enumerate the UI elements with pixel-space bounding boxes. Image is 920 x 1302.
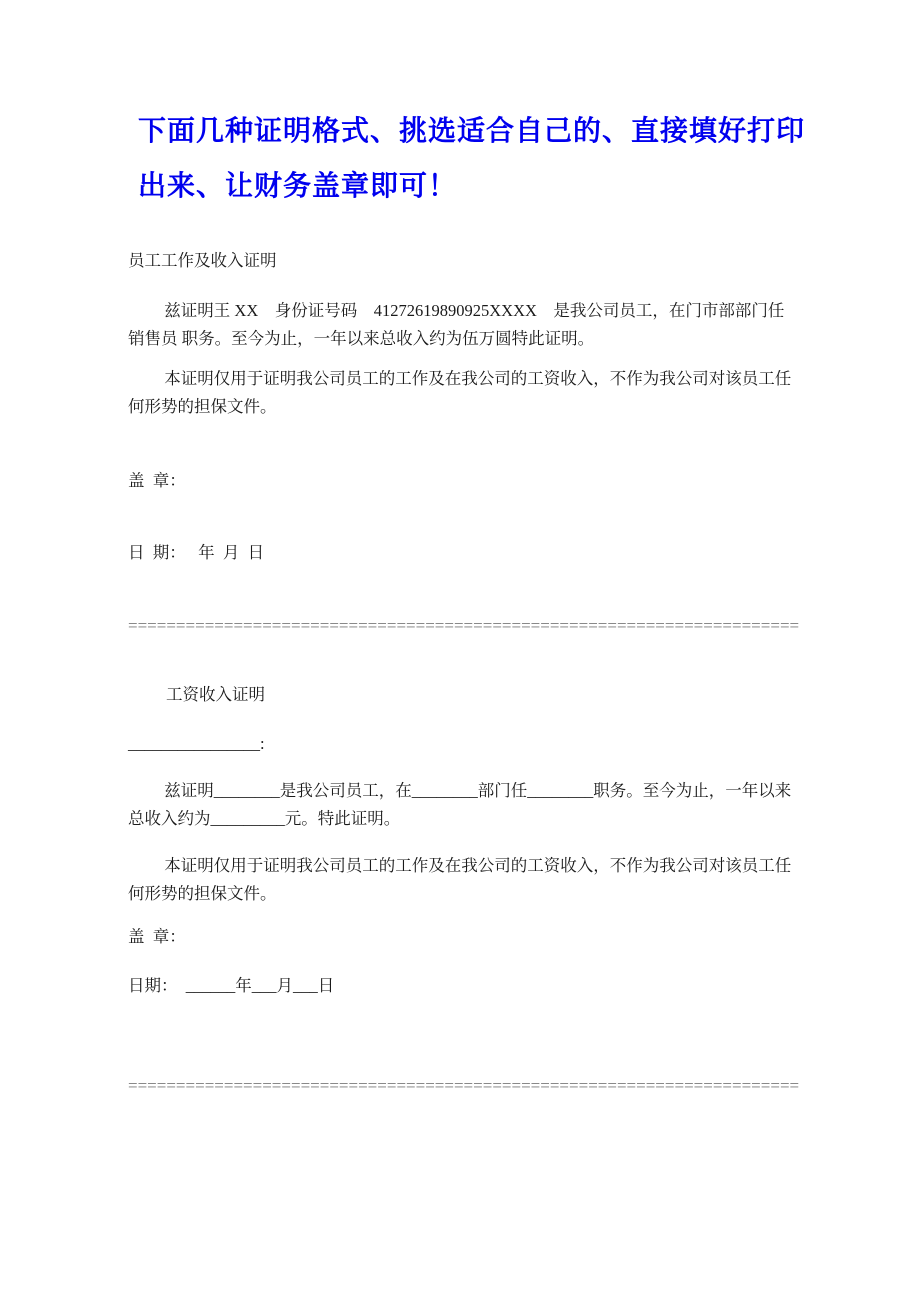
document-page: 下面几种证明格式、挑选适合自己的、直接填好打印出来、让财务盖章即可！ 员工工作及…: [0, 0, 920, 1302]
certificate1-title: 员工工作及收入证明: [128, 247, 796, 275]
certificate2-date-label: 日期： ______年___月___日: [128, 972, 796, 1000]
document-heading: 下面几种证明格式、挑选适合自己的、直接填好打印出来、让财务盖章即可！: [138, 103, 818, 213]
certificate2-title: 工资收入证明: [166, 681, 796, 709]
section-divider-top: ========================================…: [128, 616, 796, 636]
certificate2-body: 兹证明________是我公司员工，在________部门任________职务…: [128, 777, 796, 833]
section-divider-bottom: ========================================…: [128, 1076, 796, 1096]
certificate1-disclaimer: 本证明仅用于证明我公司员工的工作及在我公司的工资收入，不作为我公司对该员工任何形…: [128, 365, 796, 421]
certificate2-disclaimer: 本证明仅用于证明我公司员工的工作及在我公司的工资收入，不作为我公司对该员工任何形…: [128, 852, 796, 908]
certificate1-date-label: 日 期： 年 月 日: [128, 539, 796, 567]
certificate1-seal-label: 盖 章：: [128, 467, 796, 495]
certificate2-seal-label: 盖 章：: [128, 923, 796, 951]
certificate2-salutation-blank: ________________:: [128, 730, 796, 758]
certificate1-body: 兹证明王 XX 身份证号码 41272619890925XXXX 是我公司员工，…: [128, 297, 796, 353]
